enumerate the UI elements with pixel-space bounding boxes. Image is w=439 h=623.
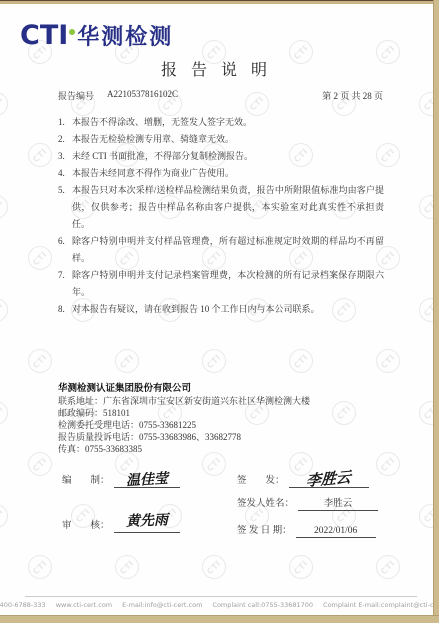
reviewed-by-label: 审 核： [62, 517, 110, 533]
issued-by-row: 签 发： 李胜云 [237, 466, 387, 488]
footer-website: www.cti-cert.com [56, 601, 112, 609]
company-postcode-line: 邮政编码：518101 [58, 408, 388, 420]
report-note: 8. 对本报告有疑议，请在收到报告 10 个工作日内与本公司联系。 [58, 301, 384, 318]
page-edge-top [0, 0, 439, 4]
issued-by-signature: 李胜云 [306, 466, 352, 491]
issuer-name-line: 李胜云 [298, 491, 378, 511]
report-note: 7. 除客户特别申明并支付记录档案管理费，本次检测的所有记录档案保存期限六年。 [58, 267, 384, 301]
report-note: 5. 本报告只对本次采样/送检样品检测结果负责，报告中所附限值标准均由客户提供，… [58, 182, 384, 233]
company-address-line: 联系地址：广东省深圳市宝安区新安街道兴东社区华测检测大楼 [58, 396, 388, 408]
footer-hotline: Hotline:400-6788-333 [0, 601, 46, 609]
page-edge-bottom [0, 615, 439, 623]
report-number: 报告编号 A2210537816102C [58, 89, 178, 102]
page-edge-right [433, 0, 439, 623]
note-number: 8. [58, 301, 72, 318]
footer-complaint-call: Complaint call:0755-33681700 [212, 601, 313, 609]
company-logo: CTI 华测检测 [20, 15, 173, 51]
footer-email: E-mail:info@cti-cert.com [122, 601, 202, 609]
footer-complaint-email: Complaint E-mail:complaint@cti-cert.com [323, 601, 439, 609]
report-note: 4. 本报告未经同意不得作为商业广告使用。 [58, 165, 384, 182]
report-meta-row: 报告编号 A2210537816102C 第 2 页 共 28 页 [58, 89, 383, 102]
note-number: 1. [58, 114, 72, 131]
page-title: 报 告 说 明 [0, 57, 433, 80]
page-content: CTI 华测检测 报 告 说 明 报告编号 A2210537816102C 第 … [0, 0, 439, 623]
note-number: 6. [58, 233, 72, 267]
reviewed-by-signature-line: 黄先雨 [114, 513, 180, 533]
note-number: 4. [58, 165, 72, 182]
issuer-name-row: 签发人姓名： 李胜云 [237, 489, 387, 511]
report-number-value: A2210537816102C [107, 89, 178, 102]
note-text: 未经 CTI 书面批准，不得部分复制检测报告。 [72, 148, 384, 165]
company-info-block: 华测检测认证集团股份有限公司 联系地址：广东省深圳市宝安区新安街道兴东社区华测检… [58, 383, 388, 456]
signature-right-column: 签 发： 李胜云 签发人姓名： 李胜云 签 发 日 期： 2022/01/06 [237, 466, 387, 538]
company-service-phone-line: 检测委托受理电话：0755-33681225 [58, 420, 388, 432]
note-text: 本报告无检验检测专用章、骑缝章无效。 [72, 131, 384, 148]
prepared-by-signature: 温佳莹 [125, 468, 168, 490]
logo-cti-text: CTI [20, 21, 68, 51]
issuer-name-value: 李胜云 [324, 495, 353, 510]
note-text: 除客户特别申明并支付样品管理费，所有超过标准规定时效期的样品均不再留样。 [72, 233, 384, 267]
report-note: 6. 除客户特别申明并支付样品管理费，所有超过标准规定时效期的样品均不再留样。 [58, 233, 384, 267]
note-text: 对本报告有疑议，请在收到报告 10 个工作日内与本公司联系。 [72, 301, 384, 318]
note-text: 除客户特别申明并支付记录档案管理费，本次检测的所有记录档案保存期限六年。 [72, 267, 384, 301]
note-number: 3. [58, 148, 72, 165]
report-page: CTICTICTICTICTICTICTICTICTICTICTICTICTIC… [0, 0, 439, 623]
issue-date-row: 签 发 日 期： 2022/01/06 [237, 516, 387, 538]
report-number-label: 报告编号 [58, 89, 94, 102]
note-text: 本报告不得涂改、增删，无签发人签字无效。 [72, 114, 384, 131]
company-name: 华测检测认证集团股份有限公司 [58, 383, 388, 395]
footer-divider [25, 596, 417, 597]
company-fax-line: 传真：0755-33683385 [58, 444, 388, 456]
report-note: 2. 本报告无检验检测专用章、骑缝章无效。 [58, 131, 384, 148]
note-number: 7. [58, 267, 72, 301]
report-note: 3. 未经 CTI 书面批准，不得部分复制检测报告。 [58, 148, 384, 165]
issued-by-signature-line: 李胜云 [289, 468, 369, 488]
page-indicator: 第 2 页 共 28 页 [322, 89, 383, 102]
issued-by-label: 签 发： [237, 472, 285, 488]
issue-date-label: 签 发 日 期： [237, 522, 292, 538]
prepared-by-label: 编 制： [62, 472, 110, 488]
reviewed-by-row: 审 核： 黄先雨 [62, 511, 192, 533]
note-number: 2. [58, 131, 72, 148]
note-number: 5. [58, 182, 72, 233]
issue-date-line: 2022/01/06 [296, 518, 376, 538]
report-notes-list: 1. 本报告不得涂改、增删，无签发人签字无效。 2. 本报告无检验检测专用章、骑… [58, 114, 384, 318]
signature-left-column: 编 制： 温佳莹 审 核： 黄先雨 [62, 466, 192, 533]
prepared-by-row: 编 制： 温佳莹 [62, 466, 192, 488]
logo-company-name: 华测检测 [77, 24, 173, 51]
note-text: 本报告未经同意不得作为商业广告使用。 [72, 165, 384, 182]
prepared-by-signature-line: 温佳莹 [114, 468, 180, 488]
report-note: 1. 本报告不得涂改、增删，无签发人签字无效。 [58, 114, 384, 131]
issue-date-value: 2022/01/06 [314, 526, 357, 537]
footer-contact-bar: Hotline:400-6788-333 www.cti-cert.com E-… [0, 601, 433, 609]
logo-green-dot-icon [69, 29, 75, 35]
note-text: 本报告只对本次采样/送检样品检测结果负责，报告中所附限值标准均由客户提供，仅供参… [72, 182, 384, 233]
issuer-name-label: 签发人姓名： [237, 495, 294, 511]
company-complaint-phone-line: 报告质量投诉电话：0755-33683986、33682778 [58, 432, 388, 444]
reviewed-by-signature: 黄先雨 [125, 509, 168, 530]
